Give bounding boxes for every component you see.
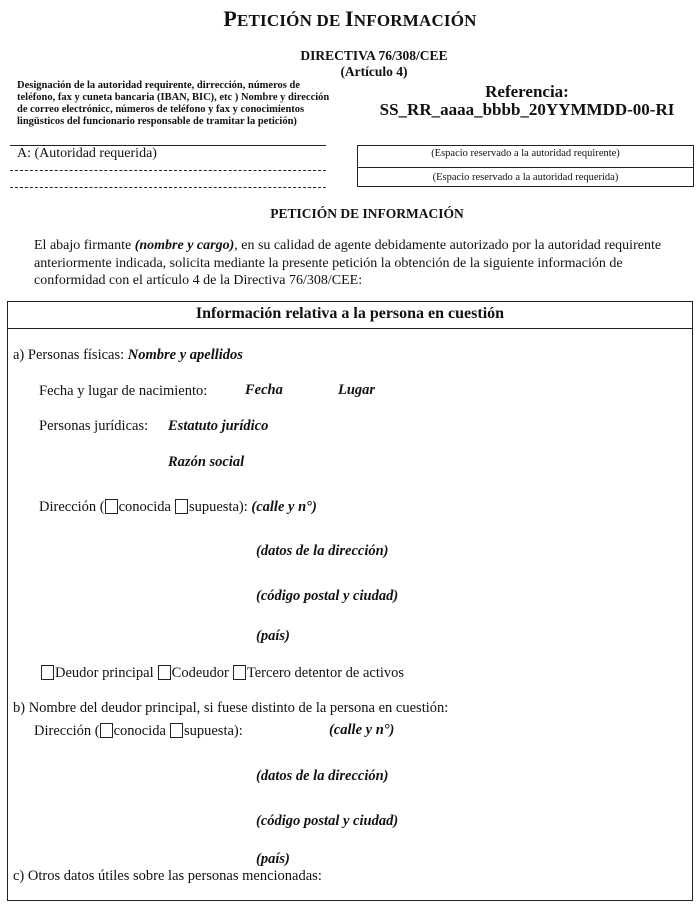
known-checkbox-b[interactable] — [100, 723, 113, 738]
document-title: PETICIÓN DE INFORMACIÓN — [0, 6, 700, 32]
person-info-box: Información relativa a la persona en cue… — [7, 301, 693, 901]
box-header: Información relativa a la persona en cue… — [8, 302, 692, 329]
co-debtor-checkbox[interactable] — [158, 665, 171, 680]
postal-city-field-b[interactable]: (código postal y ciudad) — [256, 813, 398, 830]
postal-city-field[interactable]: (código postal y ciudad) — [256, 588, 398, 605]
directive-label: DIRECTIVA 76/308/CEE — [0, 48, 700, 64]
blank-line[interactable] — [10, 187, 326, 188]
birth-row: Fecha y lugar de nacimiento: — [39, 382, 207, 400]
section-title: PETICIÓN DE INFORMACIÓN — [0, 206, 700, 222]
address-row-a: Dirección (conocida supuesta): (calle y … — [39, 498, 317, 516]
address-row-b: Dirección (conocida supuesta): — [34, 722, 243, 740]
country-field-b[interactable]: (país) — [256, 851, 290, 868]
name-field[interactable]: Nombre y apellidos — [128, 347, 243, 363]
reference-label: Referencia: — [357, 82, 697, 102]
street-field-b[interactable]: (calle y n°) — [329, 722, 394, 739]
signatory-placeholder[interactable]: (nombre y cargo) — [135, 238, 235, 253]
assumed-checkbox-b[interactable] — [170, 723, 183, 738]
natural-person-row: a) Personas físicas: Nombre y apellidos — [13, 346, 243, 364]
birth-place-field[interactable]: Lugar — [338, 382, 375, 399]
requester-description: Designación de la autoridad requirente, … — [17, 80, 337, 128]
birth-date-field[interactable]: Fecha — [245, 382, 283, 399]
street-field[interactable]: (calle y n°) — [251, 499, 316, 515]
address-data-field[interactable]: (datos de la dirección) — [256, 543, 389, 560]
legal-status-field[interactable]: Estatuto jurídico — [168, 418, 268, 435]
role-row: Deudor principal Codeudor Tercero detent… — [41, 664, 404, 682]
principal-debtor-label: b) Nombre del deudor principal, si fuese… — [13, 700, 448, 717]
country-field[interactable]: (país) — [256, 628, 290, 645]
reserved-space-box: (Espacio reservado a la autoridad requir… — [357, 145, 694, 187]
legal-person-label: Personas jurídicas: — [39, 418, 148, 435]
address-data-field-b[interactable]: (datos de la dirección) — [256, 768, 389, 785]
principal-debtor-checkbox[interactable] — [41, 665, 54, 680]
reserved-requesting[interactable]: (Espacio reservado a la autoridad requir… — [358, 146, 693, 168]
other-data-label: c) Otros datos útiles sobre las personas… — [13, 868, 322, 885]
recipient-field[interactable]: A: (Autoridad requerida) — [17, 146, 157, 162]
reference-value: SS_RR_aaaa_bbbb_20YYMMDD-00-RI — [357, 100, 697, 120]
article-label: (Artículo 4) — [0, 64, 700, 80]
blank-line[interactable] — [10, 170, 326, 171]
company-name-field[interactable]: Razón social — [168, 454, 244, 471]
intro-paragraph: El abajo firmante (nombre y cargo), en s… — [34, 237, 684, 290]
assumed-checkbox[interactable] — [175, 499, 188, 514]
reserved-requested[interactable]: (Espacio reservado a la autoridad requer… — [358, 168, 693, 187]
third-party-checkbox[interactable] — [233, 665, 246, 680]
known-checkbox[interactable] — [105, 499, 118, 514]
